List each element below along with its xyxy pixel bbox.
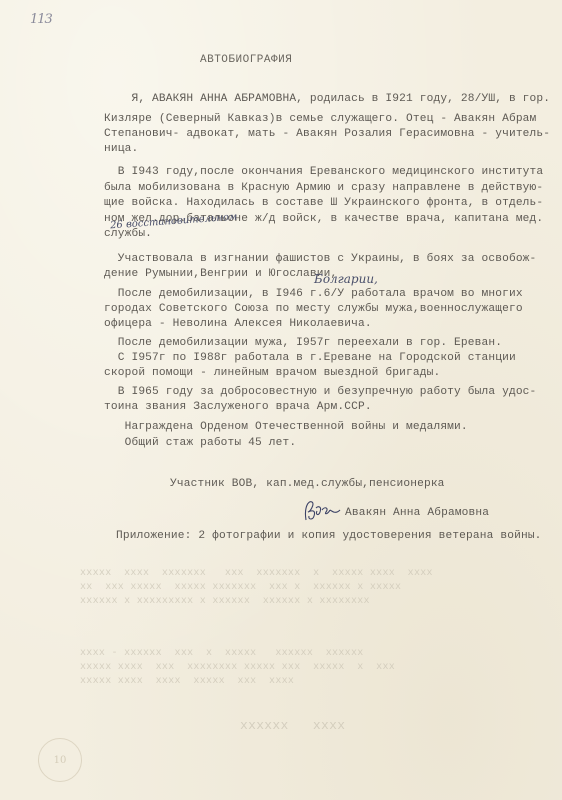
body-line: После демобилизации мужа, I957г переехал… xyxy=(104,337,502,349)
archive-stamp: 10 xyxy=(38,738,82,782)
signature-icon xyxy=(300,498,344,524)
body-line: ница. xyxy=(104,143,138,155)
archive-number: 113 xyxy=(30,12,52,27)
archive-stamp-text: 10 xyxy=(54,755,67,766)
show-through-text: ххххх хххх хххх ххххх ххх хххх xyxy=(80,676,294,687)
body-line: дение Румынии,Венгрии и Югославии, xyxy=(104,268,337,280)
body-line: После демобилизации, в I946 г.6/У работа… xyxy=(104,288,523,300)
show-through-text: хххххх хххх xyxy=(240,718,345,733)
attachment-note: Приложение: 2 фотографии и копия удостов… xyxy=(116,530,542,542)
signature-name: Авакян Анна Абрамовна xyxy=(345,507,489,519)
handwritten-insert-country: Болгарии, xyxy=(314,272,378,286)
body-line: Награждена Орденом Отечественной войны и… xyxy=(104,421,468,433)
show-through-text: хххххх х ххххххххх х хххххх хххххх х ххх… xyxy=(80,596,370,607)
body-line: офицера - Неволина Алексея Николаевича. xyxy=(104,318,372,330)
body-line: была мобилизована в Красную Армию и сраз… xyxy=(104,182,543,194)
body-line: С I957г по I988г работала в г.Ереване на… xyxy=(104,352,516,364)
show-through-text: хххх - хххххх ххх х ххххх хххххх хххххх xyxy=(80,648,364,659)
body-line: городах Советского Союза по месту службы… xyxy=(104,303,523,315)
body-line: Участвовала в изгнании фашистов с Украин… xyxy=(104,253,536,265)
document-title: АВТОБИОГРАФИЯ xyxy=(200,54,292,66)
body-line: В I943 году,после окончания Ереванского … xyxy=(104,166,543,178)
document-page: 113 АВТОБИОГРАФИЯ Я, АВАКЯН АННА АБРАМОВ… xyxy=(0,0,562,800)
body-line: В I965 году за добросовестную и безупреч… xyxy=(104,386,536,398)
show-through-text: хх ххх ххххх ххххх ххххххх ххх х хххххх … xyxy=(80,582,401,593)
body-line: Я, АВАКЯН АННА АБРАМОВНА, родилась в I92… xyxy=(104,93,550,105)
show-through-text: ххххх хххх ххх хххххххх ххххх ххх ххххх … xyxy=(80,662,395,673)
body-line: тоина звания Заслуженого врача Арм.ССР. xyxy=(104,401,372,413)
show-through-text: ххххх хххх ххххххх ххх ххххххх х ххххх х… xyxy=(80,568,433,579)
body-line: Общий стаж работы 45 лет. xyxy=(104,437,296,449)
body-line: скорой помощи - линейным врачом выездной… xyxy=(104,367,440,379)
closing-line: Участник ВОВ, кап.мед.службы,пенсионерка xyxy=(170,478,445,490)
body-line: Кизляре (Северный Кавказ)в семье служаще… xyxy=(104,113,536,125)
body-line: щие войска. Находилась в составе Ш Украи… xyxy=(104,197,543,209)
body-line: Степанович- адвокат, мать - Авакян Розал… xyxy=(104,128,550,140)
